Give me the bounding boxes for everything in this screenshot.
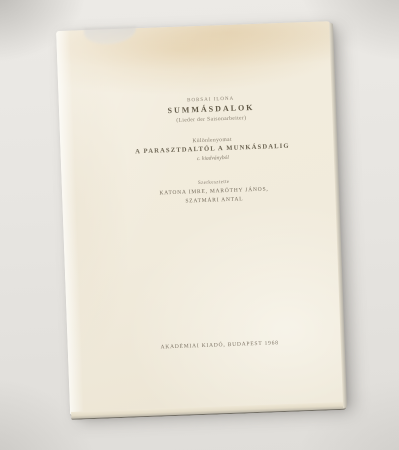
photo-scene: BORSAI ILONA SUMMÁSDALOK (Lieder der Sai…: [0, 0, 399, 450]
cover-sheen: [56, 21, 344, 415]
book-cover: BORSAI ILONA SUMMÁSDALOK (Lieder der Sai…: [56, 21, 344, 415]
